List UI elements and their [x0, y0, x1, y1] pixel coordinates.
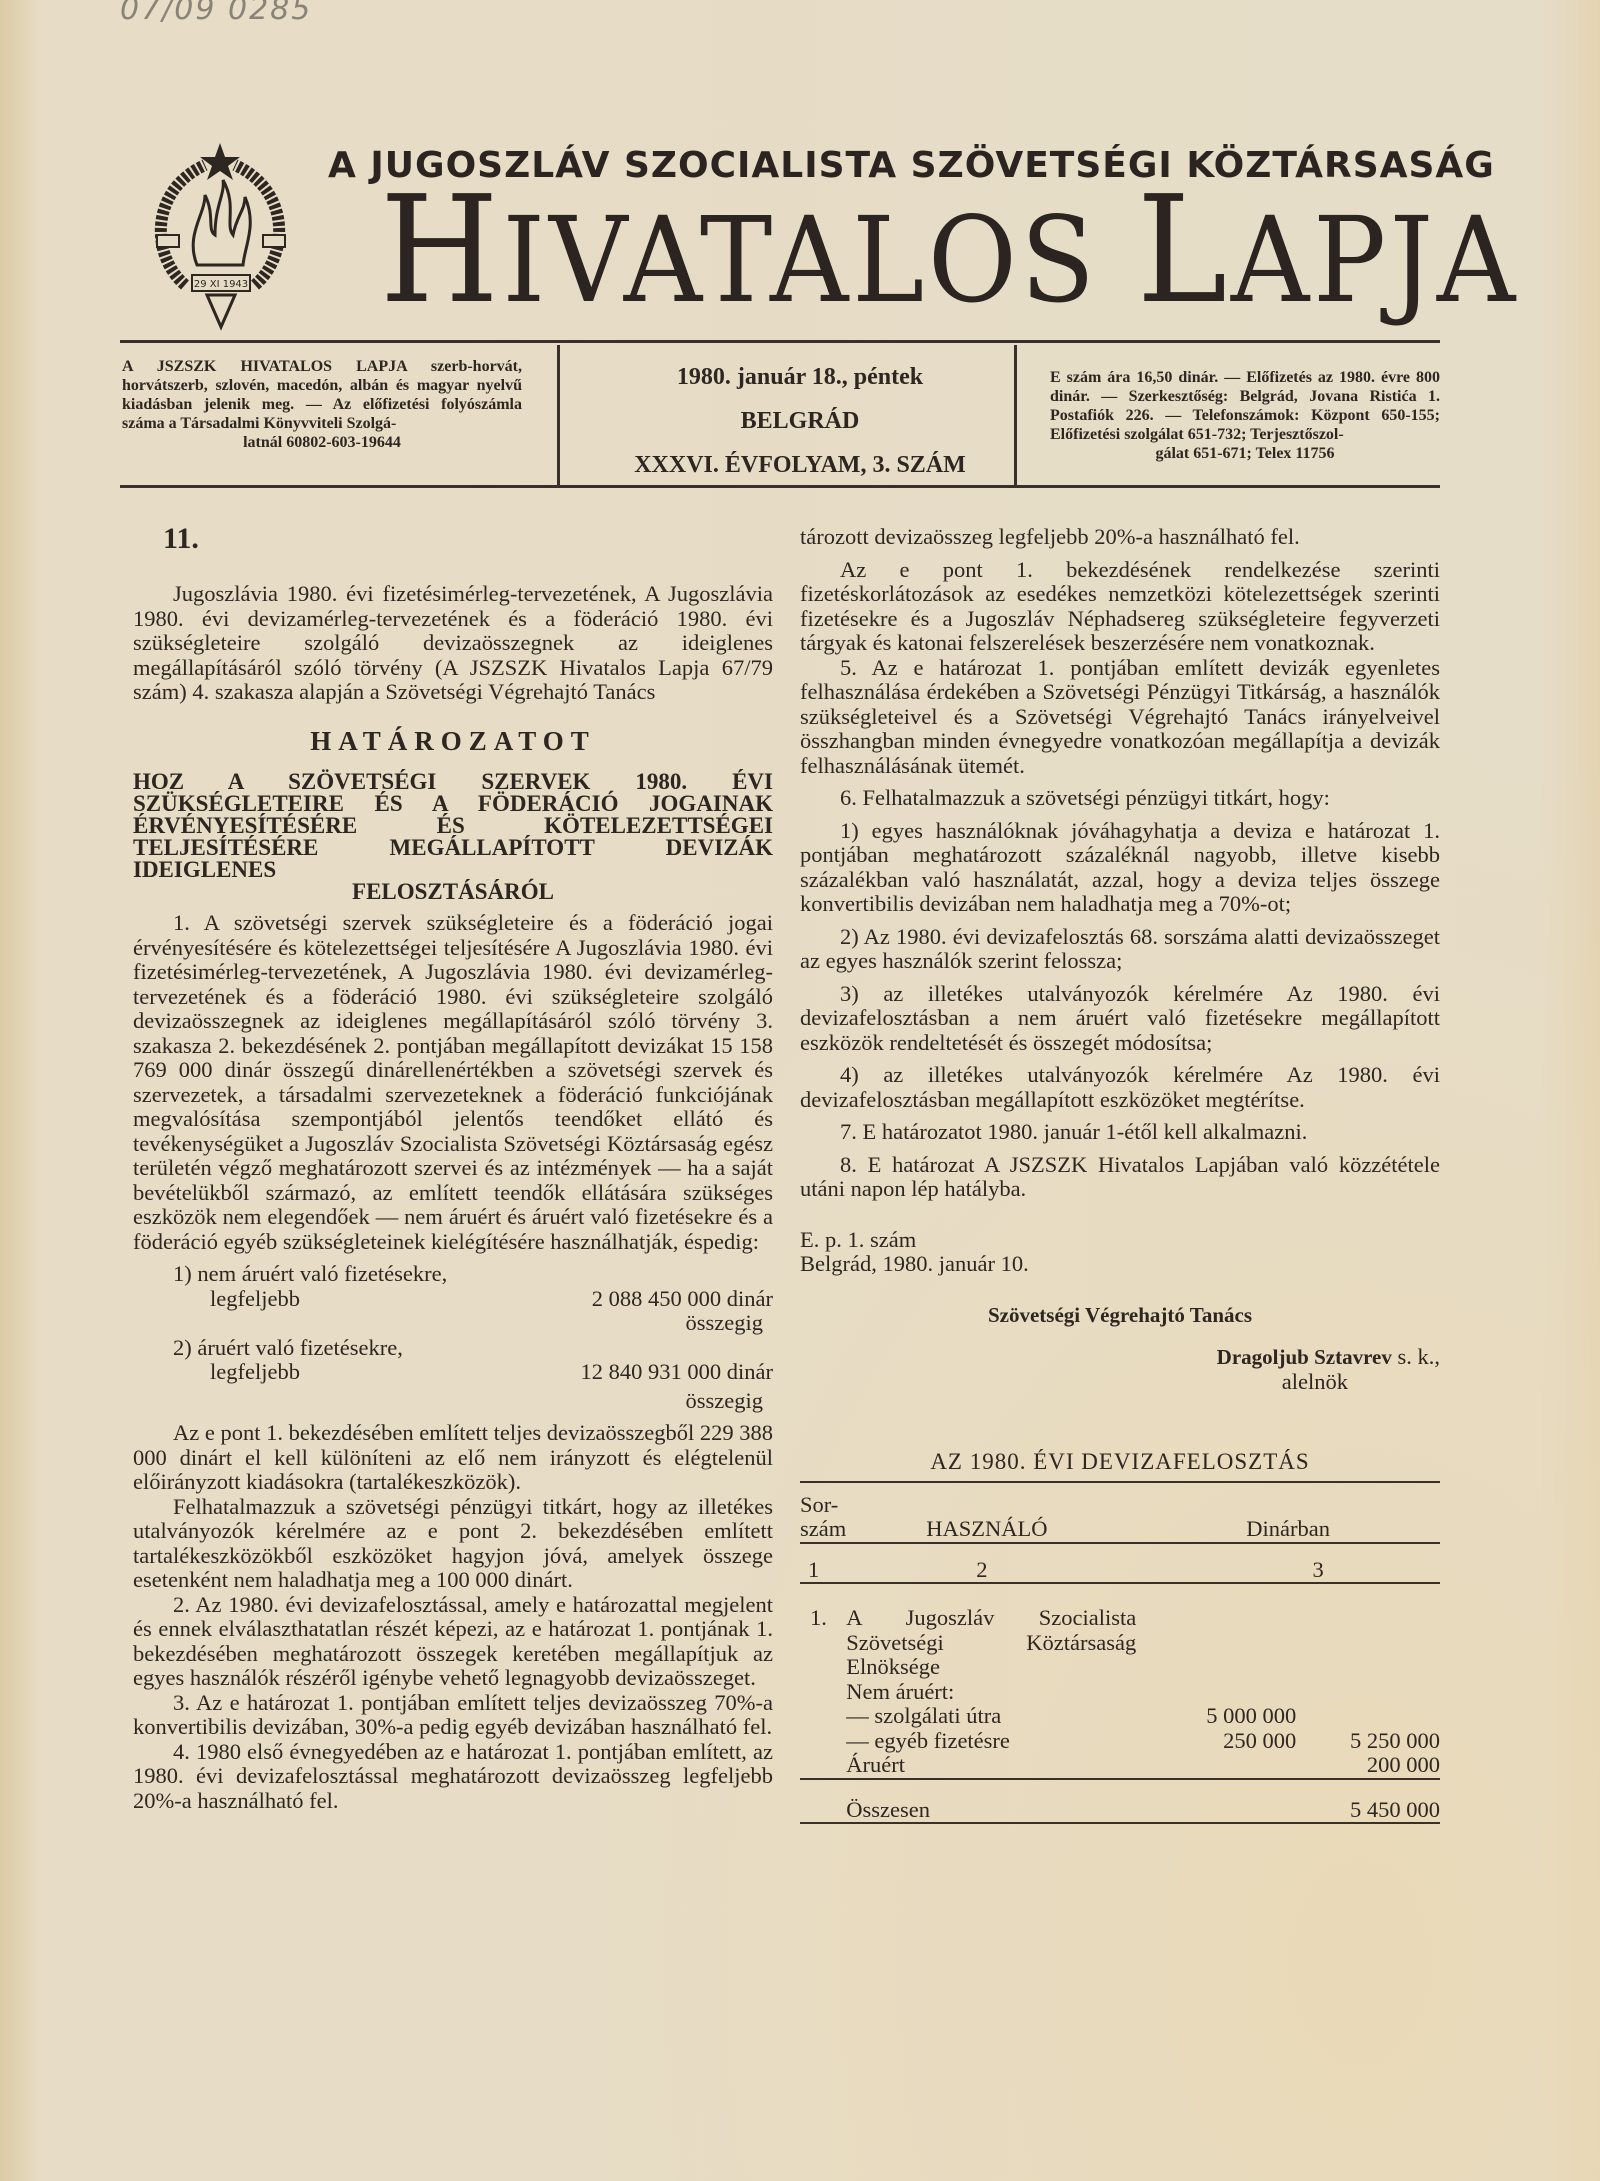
- paragraph-1b: Az e pont 1. bekezdésében említett telje…: [133, 1421, 773, 1495]
- paragraph-4b: Az e pont 1. bekezdésének rendelkezése s…: [800, 558, 1440, 656]
- paragraph-8: 8. E határozat A JSZSZK Hivatalos Lapjáb…: [800, 1153, 1440, 1202]
- decision-heading: HATÁROZATOT: [133, 729, 773, 754]
- signing-body: Szövetségi Végrehajtó Tanács: [800, 1303, 1440, 1328]
- table-header: Sor-szám HASZNÁLÓ Dinárban: [800, 1485, 1440, 1543]
- reference-place-date: Belgrád, 1980. január 10.: [800, 1252, 1440, 1277]
- amount-item-1: 1) nem áruért való fizetésekre,: [133, 1262, 773, 1287]
- publication-info: A JSZSZK HIVATALOS LAPJA szerb-horvát, h…: [122, 357, 522, 452]
- paragraph-6-2: 2) Az 1980. évi devizafelosztás 68. sors…: [800, 925, 1440, 974]
- paragraph-5: 5. Az e határozat 1. pontjában említett …: [800, 656, 1440, 779]
- signer: Dragoljub Sztavrev s. k.,: [800, 1345, 1440, 1370]
- preamble: Jugoszlávia 1980. évi fizetésimérleg-ter…: [133, 582, 773, 705]
- paragraph-4-cont: tározott devizaösszeg legfeljebb 20%-a h…: [800, 525, 1440, 550]
- masthead-title: HIVATALOS LAPJA: [380, 185, 1519, 325]
- issue-info: 1980. január 18., péntek BELGRÁD XXXVI. …: [580, 355, 1020, 487]
- price-contact-info: E szám ára 16,50 dinár. — Előfizetés az …: [1050, 368, 1440, 463]
- right-column-content: tározott devizaösszeg legfeljebb 20%-a h…: [800, 525, 1440, 1836]
- column-numbers: 1 2 3: [800, 1558, 1440, 1584]
- table-row: 1.A Jugoszláv Szocialista Szövetségi Köz…: [800, 1598, 1440, 1680]
- issue-date: 1980. január 18., péntek: [580, 355, 1020, 399]
- allocation-title: AZ 1980. ÉVI DEVIZAFELOSZTÁS: [800, 1450, 1440, 1475]
- amount-item-2: 2) áruért való fizetésekre,: [133, 1336, 773, 1361]
- act-number: 11.: [163, 522, 199, 556]
- paragraph-6-3: 3) az illetékes utalványozók kérelmére A…: [800, 982, 1440, 1056]
- paragraph-6-4: 4) az illetékes utalványozók kérelmére A…: [800, 1063, 1440, 1112]
- paragraph-6: 6. Felhatalmazzuk a szövetségi pénzügyi …: [800, 786, 1440, 811]
- table-row: — egyéb fizetésre250 0005 250 000: [800, 1729, 1440, 1754]
- table-row: Áruért200 000: [800, 1753, 1440, 1779]
- reference-number: E. p. 1. szám: [800, 1228, 1440, 1253]
- paragraph-1c: Felhatalmazzuk a szövetségi pénzügyi tit…: [133, 1495, 773, 1593]
- paragraph-6-1: 1) egyes használóknak jóváhagyhatja a de…: [800, 819, 1440, 917]
- paragraph-3: 3. Az e határozat 1. pontjában említett …: [133, 1691, 773, 1740]
- header-divider-1: [557, 345, 560, 485]
- paragraph-1: 1. A szövetségi szervek szükségleteire é…: [133, 911, 773, 1254]
- issue-volume: XXXVI. ÉVFOLYAM, 3. SZÁM: [580, 443, 1020, 487]
- handwritten-archive-note: 07/09 0285: [120, 0, 312, 27]
- header-rule-top: [120, 340, 1440, 343]
- table-row: — szolgálati útra5 000 000: [800, 1704, 1440, 1729]
- issue-city: BELGRÁD: [580, 399, 1020, 443]
- allocation-table: Sor-szám HASZNÁLÓ Dinárban 1 2 3 1.A Jug…: [800, 1481, 1440, 1837]
- paragraph-2: 2. Az 1980. évi devizafelosztással, amel…: [133, 1593, 773, 1691]
- masthead-country: A JUGOSZLÁV SZOCIALISTA SZÖVETSÉGI KÖZTÁ…: [328, 145, 1495, 186]
- paragraph-4: 4. 1980 első évnegyedében az e határozat…: [133, 1740, 773, 1814]
- left-column: Jugoszlávia 1980. évi fizetésimérleg-ter…: [133, 582, 773, 1813]
- signer-title: alelnök: [800, 1370, 1440, 1395]
- decision-subheading: HOZ A SZÖVETSÉGI SZERVEK 1980. ÉVI SZÜKS…: [133, 771, 773, 903]
- table-total-row: Összesen5 450 000: [800, 1792, 1440, 1824]
- svg-text:29 XI 1943: 29 XI 1943: [194, 279, 248, 290]
- table-row: Nem áruért:: [800, 1680, 1440, 1705]
- paragraph-7: 7. E határozatot 1980. január 1-étől kel…: [800, 1120, 1440, 1145]
